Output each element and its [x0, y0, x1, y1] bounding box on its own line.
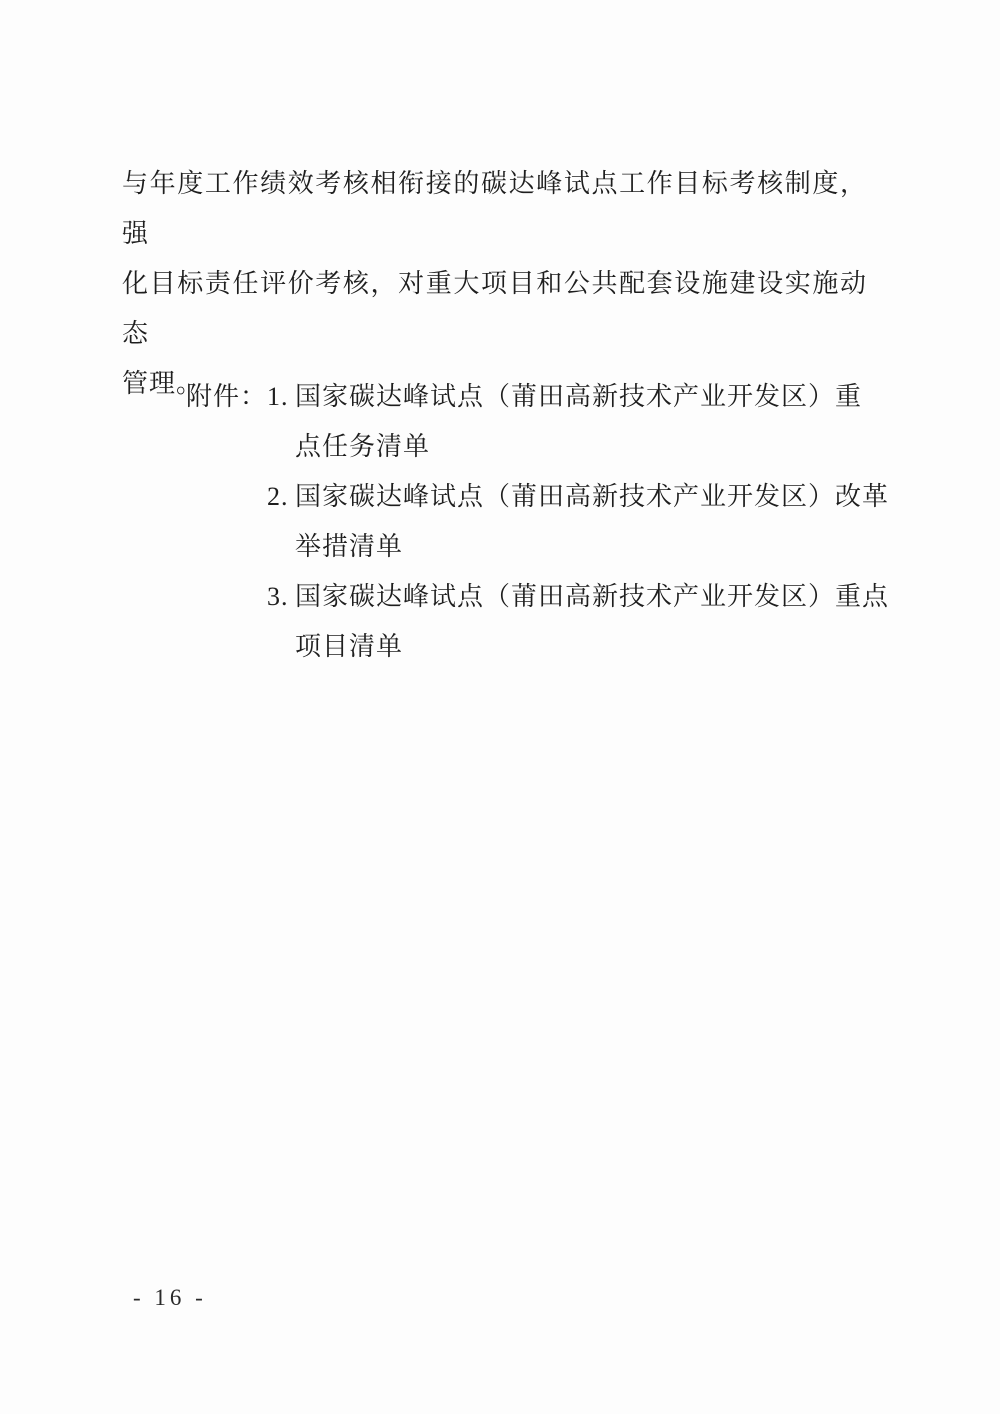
attachment-item: 1. 国家碳达峰试点（莆田高新技术产业开发区）重 点任务清单 — [267, 372, 889, 472]
attachment-item-title: 国家碳达峰试点（莆田高新技术产业开发区）重 — [295, 372, 862, 422]
attachment-item-title: 国家碳达峰试点（莆田高新技术产业开发区）重点 — [295, 572, 889, 622]
attachment-item-continuation: 项目清单 — [295, 622, 889, 672]
paragraph-line: 化目标责任评价考核，对重大项目和公共配套设施建设实施动态 — [122, 259, 867, 359]
attachment-item-title: 国家碳达峰试点（莆田高新技术产业开发区）改革 — [295, 472, 889, 522]
attachment-item-number: 3. — [267, 572, 295, 622]
document-page: 与年度工作绩效考核相衔接的碳达峰试点工作目标考核制度，强 化目标责任评价考核，对… — [0, 0, 1000, 1414]
attachment-item: 3. 国家碳达峰试点（莆田高新技术产业开发区）重点 项目清单 — [267, 572, 889, 672]
attachment-item-number: 2. — [267, 472, 295, 522]
attachment-item: 2. 国家碳达峰试点（莆田高新技术产业开发区）改革 举措清单 — [267, 472, 889, 572]
attachments-block: 附件： 1. 国家碳达峰试点（莆田高新技术产业开发区）重 点任务清单 2. 国家… — [186, 372, 889, 672]
attachments-list: 1. 国家碳达峰试点（莆田高新技术产业开发区）重 点任务清单 2. 国家碳达峰试… — [267, 372, 889, 672]
attachment-item-continuation: 点任务清单 — [295, 422, 889, 472]
attachment-item-number: 1. — [267, 372, 295, 422]
attachment-item-continuation: 举措清单 — [295, 522, 889, 572]
attachments-label: 附件： — [186, 372, 267, 422]
page-number: - 16 - — [133, 1285, 207, 1311]
paragraph-line: 与年度工作绩效考核相衔接的碳达峰试点工作目标考核制度，强 — [122, 159, 867, 259]
